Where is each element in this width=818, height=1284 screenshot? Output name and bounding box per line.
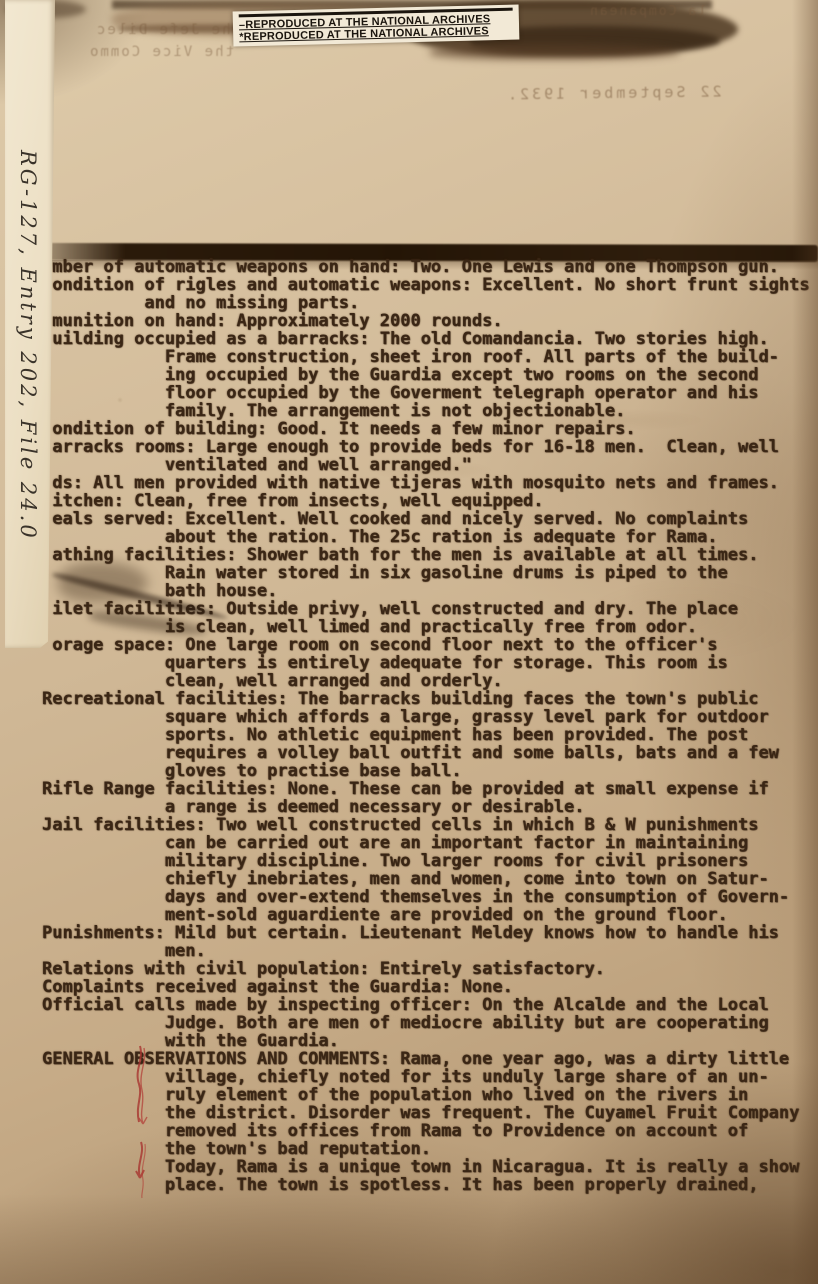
typed-line: ds: All men provided with native tijeras… [42, 474, 818, 492]
typed-line: floor occupied by the Goverment telegrap… [42, 384, 818, 402]
typed-line: and no missing parts. [42, 294, 818, 312]
typed-line: Recreational facilities: The barracks bu… [42, 690, 818, 708]
ghost-date-mirrored: 22 September 1932. [505, 82, 722, 103]
typed-line: Frame construction, sheet iron roof. All… [42, 348, 818, 366]
typed-line: a range is deemed necessary or desirable… [42, 798, 818, 816]
typed-line: Rain water stored in six gasoline drums … [42, 564, 818, 582]
typed-line: square which affords a large, grassy lev… [42, 708, 818, 726]
typed-line: about the ration. The 25c ration is adeq… [42, 528, 818, 546]
top-ink-smear [430, 44, 680, 60]
typed-line: military discipline. Two larger rooms fo… [42, 852, 818, 870]
typed-line: itchen: Clean, free from insects, well e… [42, 492, 818, 510]
typed-line: men. [42, 942, 818, 960]
typed-line: ing occupied by the Guardia except two r… [42, 366, 818, 384]
typed-line: Judge. Both are men of mediocre ability … [42, 1014, 818, 1032]
typed-line: orage space: One large room on second fl… [42, 636, 818, 654]
typed-line: quarters is entirely adequate for storag… [42, 654, 818, 672]
typed-line: gloves to practise base ball. [42, 762, 818, 780]
typed-line: ondition of rigles and automatic weapons… [42, 276, 818, 294]
typed-line: Jail facilities: Two well constructed ce… [42, 816, 818, 834]
typed-line: Official calls made by inspecting office… [42, 996, 818, 1014]
typed-line: Complaints received against the Guardia:… [42, 978, 818, 996]
typed-line: chiefly inebriates, men and women, come … [42, 870, 818, 888]
page-right-edge-shadow [792, 0, 818, 1284]
typed-line: requires a volley ball outfit and some b… [42, 744, 818, 762]
typed-line: eals served: Excellent. Well cooked and … [42, 510, 818, 528]
archival-label-handwriting: RG-127, Entry 202, File 24.0 [16, 150, 40, 650]
page-bottom-edge-shadow [0, 1194, 818, 1284]
typed-line: clean, well arranged and orderly. [42, 672, 818, 690]
typed-line: mber of automatic weapons on hand: Two. … [42, 258, 818, 276]
typed-line: Punishments: Mild but certain. Lieutenan… [42, 924, 818, 942]
typed-line: sports. No athletic equipment has been p… [42, 726, 818, 744]
typed-line: Rifle Range facilities: None. These can … [42, 780, 818, 798]
typed-line: Relations with civil population: Entirel… [42, 960, 818, 978]
typed-line: can be carried out are an important fact… [42, 834, 818, 852]
document-scan-page: { "document": { "kind": "typewritten ins… [0, 0, 818, 1284]
red-pencil-marks [126, 1040, 160, 1200]
typed-line: ondition of building: Good. It needs a f… [42, 420, 818, 438]
ghost-bleedthrough-text: la Companean [588, 4, 706, 19]
typed-line: days and over-extend themselves in the c… [42, 888, 818, 906]
ghost-bleedthrough-text: the Vice Commo [88, 44, 234, 60]
typed-line: arracks rooms: Large enough to provide b… [42, 438, 818, 456]
typed-line: family. The arrangement is not objection… [42, 402, 818, 420]
typed-line: munition on hand: Approximately 2000 rou… [42, 312, 818, 330]
typed-line: uilding occupied as a barracks: The old … [42, 330, 818, 348]
typed-line: athing facilities: Shower bath for the m… [42, 546, 818, 564]
typed-line: ventilated and well arranged." [42, 456, 818, 474]
ghost-bleedthrough-text: The Jefe Dilec [95, 22, 241, 38]
typed-line: ment-sold aguardiente are provided on th… [42, 906, 818, 924]
national-archives-stamp: –REPRODUCED AT THE NATIONAL ARCHIVES *RE… [233, 5, 520, 47]
